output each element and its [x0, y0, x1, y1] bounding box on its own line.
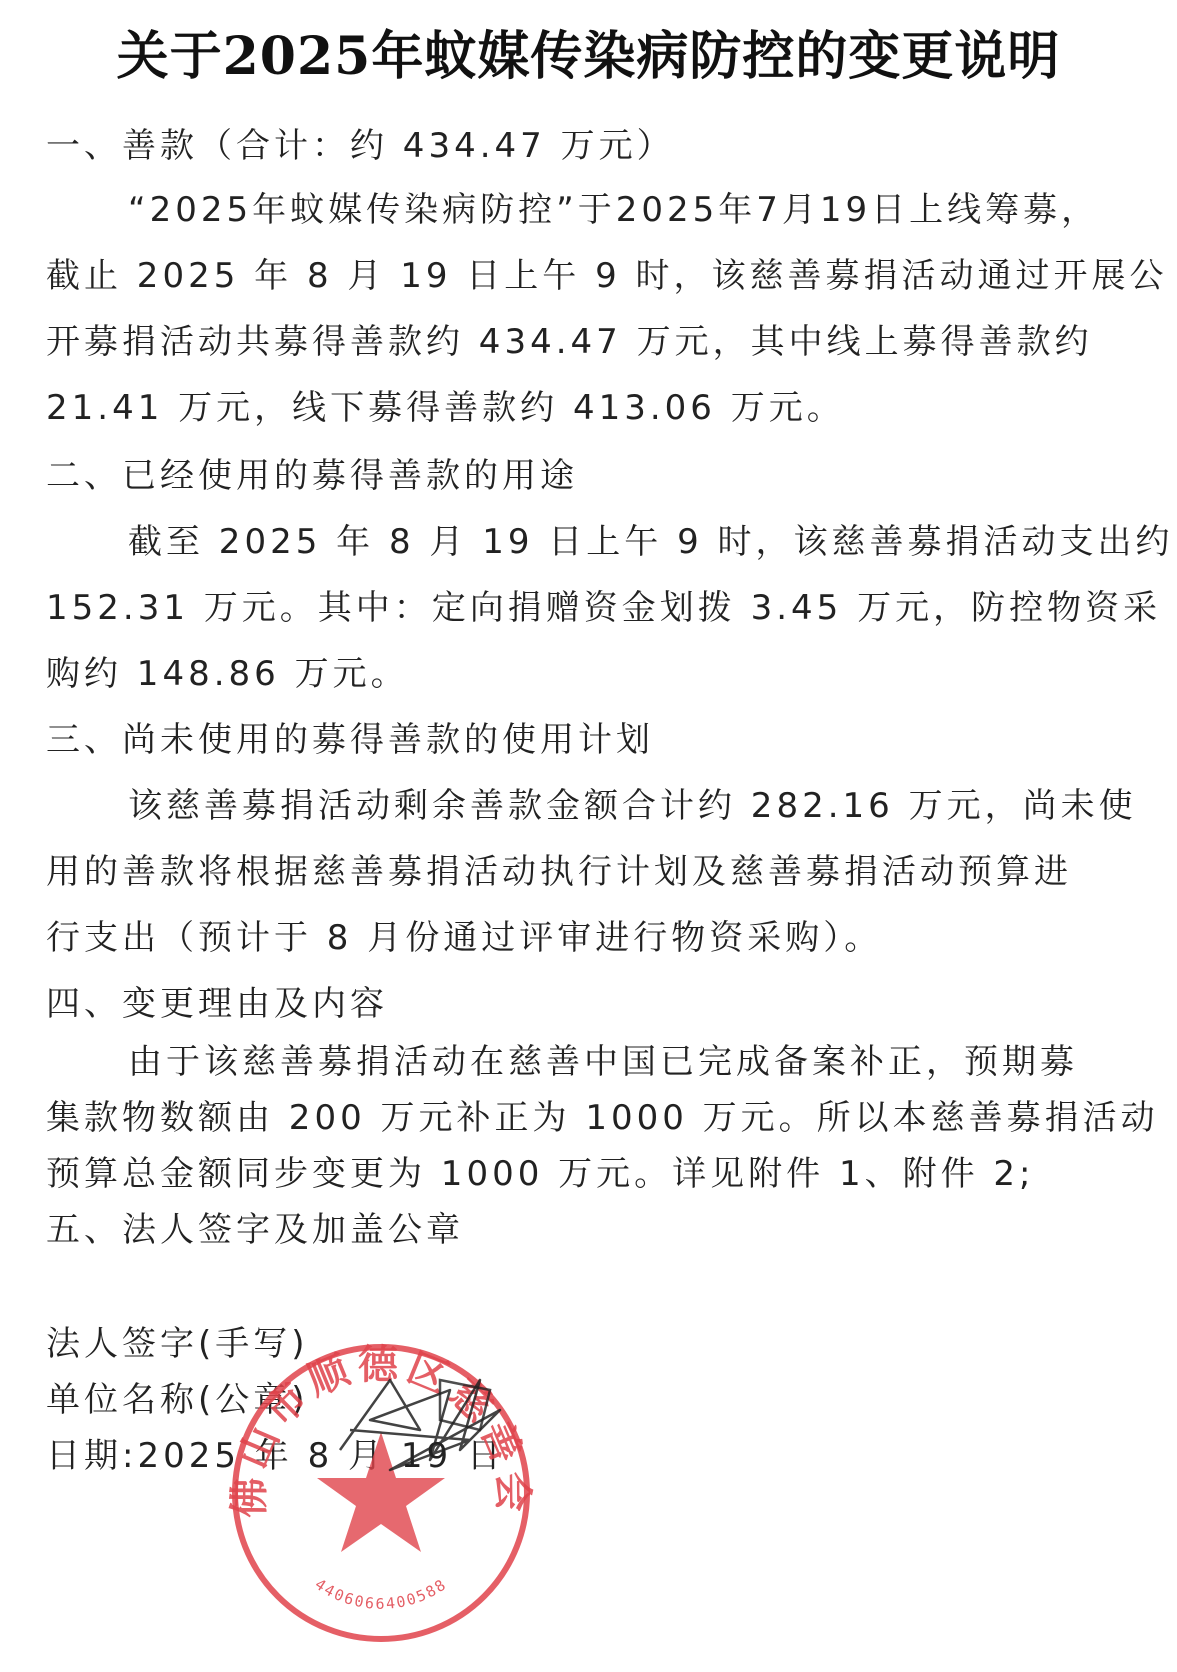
section-3-line: 该慈善募捐活动剩余善款金额合计约 282.16 万元，尚未使 — [128, 784, 1137, 828]
section-1-heading: 一、善款（合计：约 434.47 万元） — [46, 124, 675, 168]
section-1-line: 截止 2025 年 8 月 19 日上午 9 时，该慈善募捐活动通过开展公 — [46, 254, 1168, 298]
handwritten-signature-icon — [330, 1360, 510, 1490]
section-2-line: 152.31 万元。其中：定向捐赠资金划拨 3.45 万元，防控物资采 — [46, 586, 1161, 630]
section-2-line: 购约 148.86 万元。 — [46, 652, 409, 696]
svg-text:4406066400588: 4406066400588 — [312, 1575, 451, 1613]
document-title: 关于2025年蚊媒传染病防控的变更说明 — [0, 14, 1177, 89]
section-3-heading: 三、尚未使用的募得善款的使用计划 — [46, 718, 654, 762]
section-4-line: 由于该慈善募捐活动在慈善中国已完成备案补正，预期募 — [128, 1040, 1078, 1084]
section-2-heading: 二、已经使用的募得善款的用途 — [46, 454, 578, 498]
section-3-line: 用的善款将根据慈善募捐活动执行计划及慈善募捐活动预算进 — [46, 850, 1072, 894]
section-2-line: 截至 2025 年 8 月 19 日上午 9 时，该慈善募捐活动支出约 — [128, 520, 1174, 564]
section-1-line: 开募捐活动共募得善款约 434.47 万元，其中线上募得善款约 — [46, 320, 1093, 364]
section-4-line: 预算总金额同步变更为 1000 万元。详见附件 1、附件 2; — [46, 1152, 1034, 1196]
section-4-heading: 四、变更理由及内容 — [46, 982, 388, 1026]
section-1-line: 21.41 万元，线下募得善款约 413.06 万元。 — [46, 386, 845, 430]
section-5-heading: 五、法人签字及加盖公章 — [46, 1208, 464, 1252]
section-3-line: 行支出（预计于 8 月份通过评审进行物资采购）。 — [46, 916, 882, 960]
section-4-line: 集款物数额由 200 万元补正为 1000 万元。所以本慈善募捐活动 — [46, 1096, 1159, 1140]
section-1-line: “2025年蚊媒传染病防控”于2025年7月19日上线筹募， — [128, 188, 1099, 232]
